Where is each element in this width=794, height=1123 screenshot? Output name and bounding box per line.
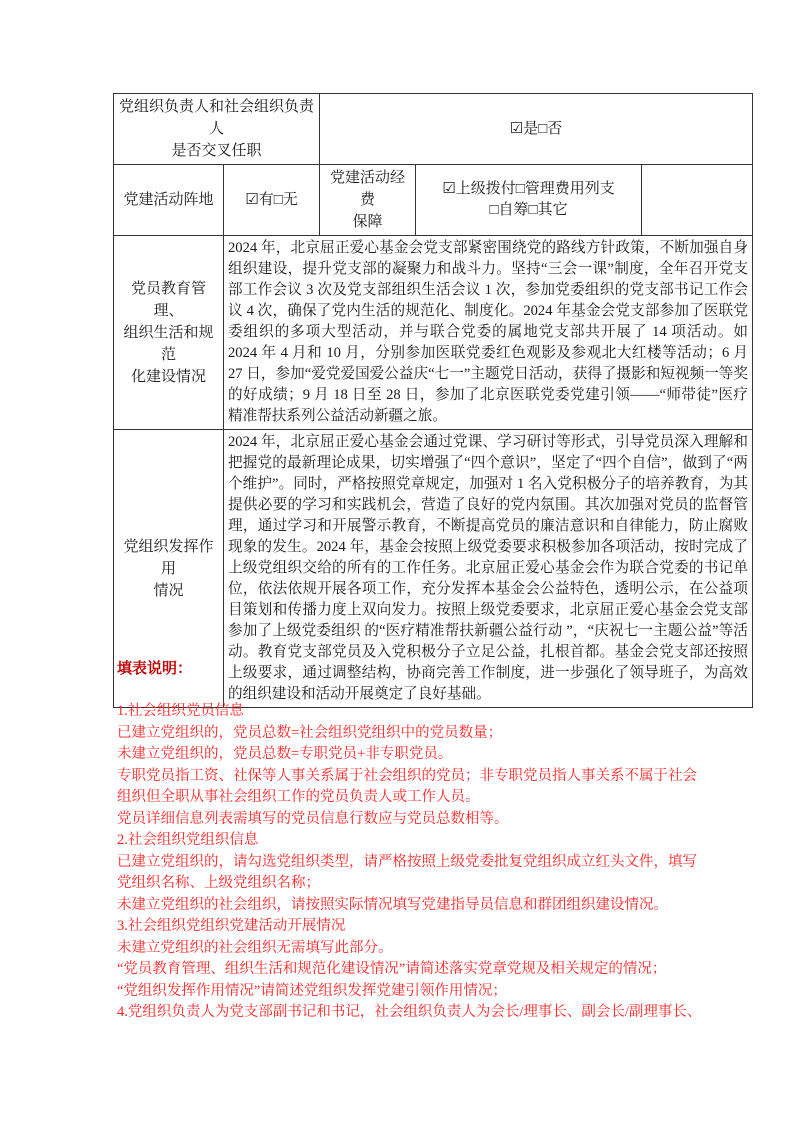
note-line: 党员详细信息列表需填写的党员信息行数应与党员总数相等。 bbox=[117, 809, 717, 831]
funding-label: 党建活动经费 保障 bbox=[320, 165, 416, 236]
filling-instructions-lines: 1.社会组织党员信息 已建立党组织的，党员总数=社会组织党组织中的党员数量； 未… bbox=[117, 701, 717, 1024]
row-member-education: 党员教育管理、 组织生活和规范 化建设情况 2024 年，北京屈正爱心基金会党支… bbox=[114, 236, 753, 430]
note-line: “党员教育管理、组织生活和规范化建设情况”请简述落实党章党规及相关规定的情况； bbox=[117, 959, 717, 981]
note-line: 3.社会组织党组织党建活动开展情况 bbox=[117, 916, 717, 938]
row-activity-and-funding: 党建活动阵地 ☑有□无 党建活动经费 保障 ☑上级拨付□管理费用列支 □自筹□其… bbox=[114, 165, 753, 236]
member-education-label: 党员教育管理、 组织生活和规范 化建设情况 bbox=[114, 236, 224, 430]
note-line: 党组织名称、上级党组织名称； bbox=[117, 873, 717, 895]
note-line: 专职党员指工资、社保等人事关系属于社会组织的党员；非专职党员指人事关系不属于社会 bbox=[117, 766, 717, 788]
cross-position-label: 党组织负责人和社会组织负责人 是否交叉任职 bbox=[114, 94, 320, 165]
row-cross-position: 党组织负责人和社会组织负责人 是否交叉任职 ☑是□否 bbox=[114, 94, 753, 165]
note-line: 已建立党组织的，党员总数=社会组织党组织中的党员数量； bbox=[117, 723, 717, 745]
activity-site-label: 党建活动阵地 bbox=[114, 165, 224, 236]
cross-position-checkbox-value: ☑是□否 bbox=[320, 94, 753, 165]
empty-cell bbox=[642, 165, 753, 236]
note-line: 未建立党组织的社会组织无需填写此部分。 bbox=[117, 938, 717, 960]
member-education-content: 2024 年，北京屈正爱心基金会党支部紧密围绕党的路线方针政策，不断加强自身组织… bbox=[224, 236, 753, 430]
party-building-form-table: 党组织负责人和社会组织负责人 是否交叉任职 ☑是□否 党建活动阵地 ☑有□无 党… bbox=[113, 93, 753, 708]
activity-site-checkbox-value: ☑有□无 bbox=[224, 165, 320, 236]
note-line: “党组织发挥作用情况”请简述党组织发挥党建引领作用情况； bbox=[117, 981, 717, 1003]
note-line: 未建立党组织的社会组织，请按照实际情况填写党建指导员信息和群团组织建设情况。 bbox=[117, 895, 717, 917]
funding-checkbox-value: ☑上级拨付□管理费用列支 □自筹□其它 bbox=[416, 165, 642, 236]
note-line: 未建立党组织的，党员总数=专职党员+非专职党员。 bbox=[117, 744, 717, 766]
note-line: 组织但全职从事社会组织工作的党员负责人或工作人员。 bbox=[117, 787, 717, 809]
note-line: 1.社会组织党员信息 bbox=[117, 701, 717, 723]
note-line: 已建立党组织的，请勾选党组织类型，请严格按照上级党委批复党组织成立红头文件，填写 bbox=[117, 852, 717, 874]
note-line: 2.社会组织党组织信息 bbox=[117, 830, 717, 852]
filling-instructions: 填表说明： 1.社会组织党员信息 已建立党组织的，党员总数=社会组织党组织中的党… bbox=[117, 659, 717, 1024]
note-line: 4.党组织负责人为党支部副书记和书记，社会组织负责人为会长/理事长、副会长/副理… bbox=[117, 1002, 717, 1024]
document-page: 党组织负责人和社会组织负责人 是否交叉任职 ☑是□否 党建活动阵地 ☑有□无 党… bbox=[0, 0, 794, 1123]
filling-instructions-heading: 填表说明： bbox=[117, 659, 717, 679]
